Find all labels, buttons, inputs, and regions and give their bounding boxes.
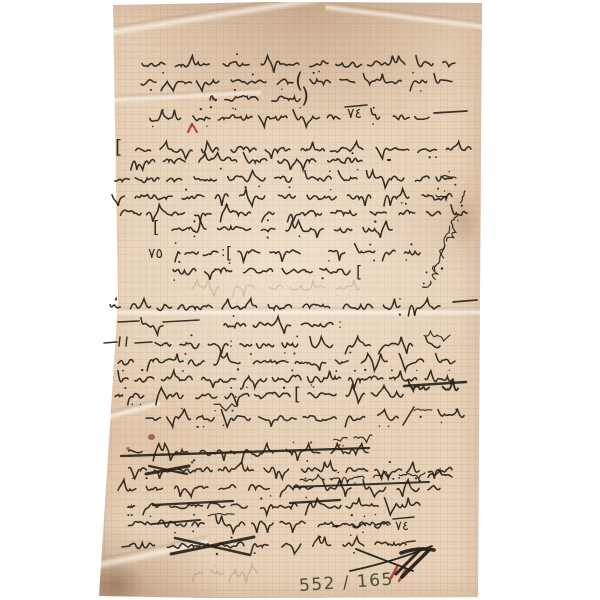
ink-stroke bbox=[104, 342, 117, 343]
manuscript-paper bbox=[97, 2, 483, 598]
paper-crease-middle bbox=[97, 307, 483, 316]
paper-stain-spot-small bbox=[126, 447, 130, 450]
paper-crease-lower-left bbox=[99, 398, 161, 423]
paper-crease-top-right bbox=[325, 2, 485, 30]
paper-crease-top-left bbox=[105, 0, 319, 38]
paper-crease-bottom-left bbox=[97, 535, 209, 570]
paper-stain-right-edge bbox=[449, 192, 479, 250]
paper-stain-spot bbox=[148, 434, 155, 440]
scanned-document: ٧٤٧٥٧٤()[[[[[::: 552 / 165 bbox=[0, 0, 600, 600]
diacritic-dot bbox=[115, 298, 117, 300]
diacritic-dot bbox=[116, 297, 117, 298]
paper-crease-left bbox=[101, 88, 261, 104]
paper-stain-bottom-corner bbox=[85, 560, 145, 600]
